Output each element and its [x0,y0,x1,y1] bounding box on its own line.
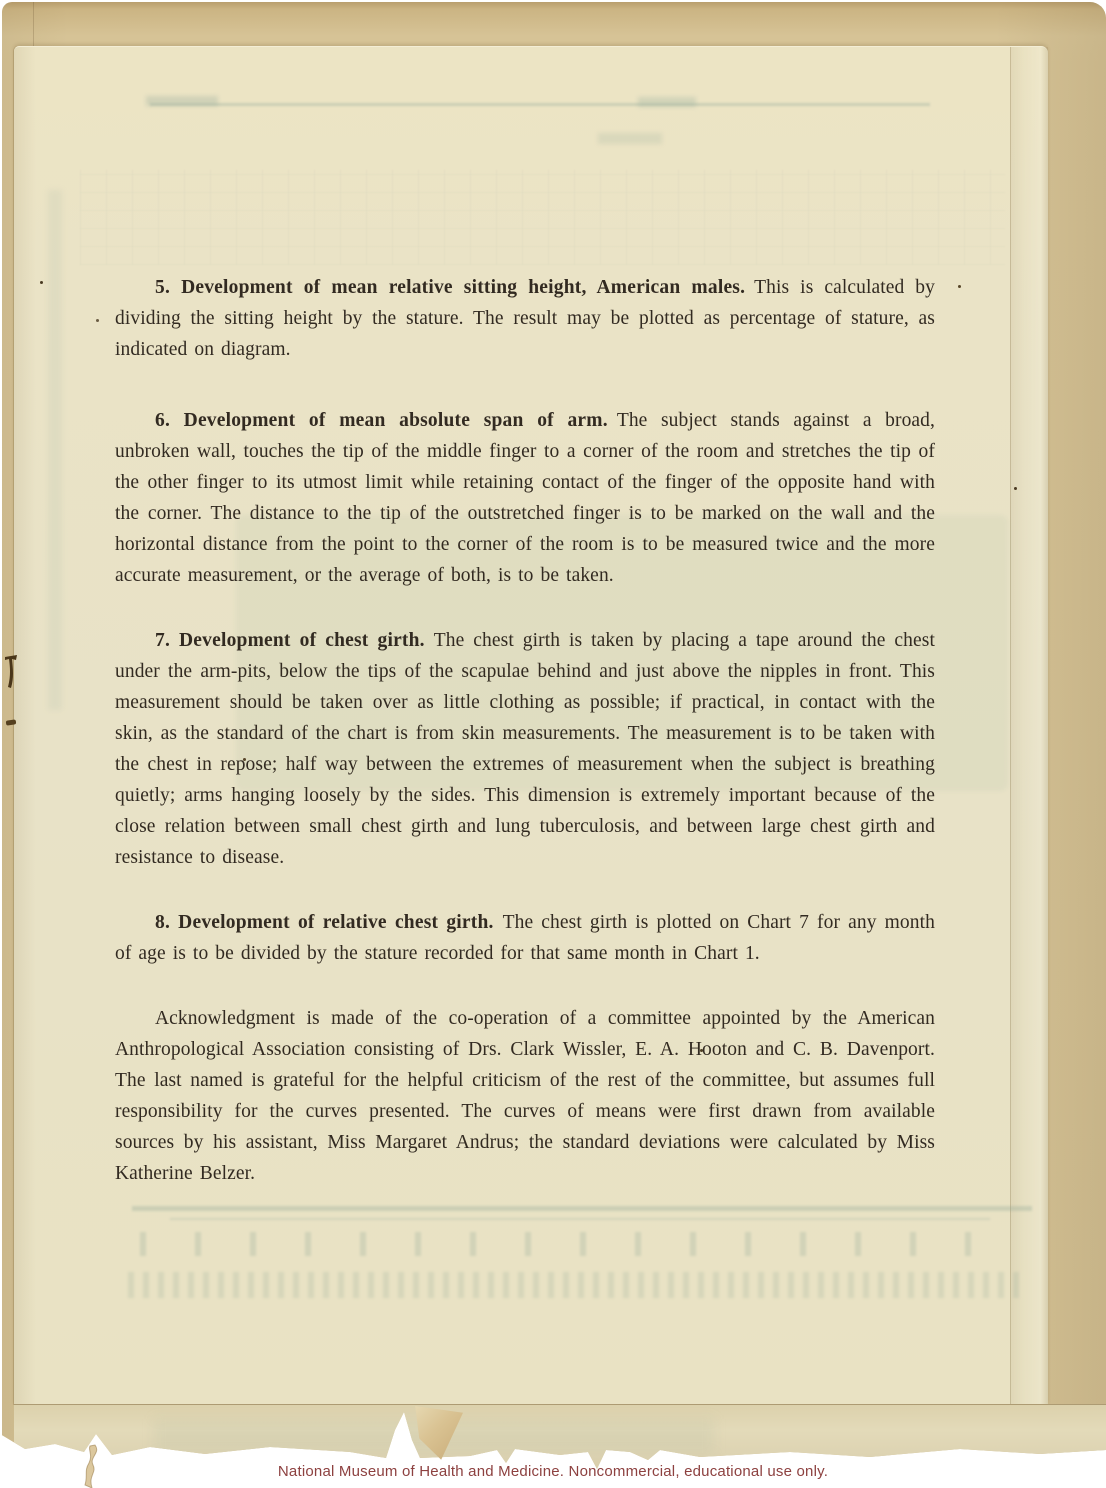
ink-mark [3,654,19,694]
page-right-curl-crease [1010,47,1048,1405]
under-page-corner-seam [33,2,34,46]
acknowledgment-paragraph: Acknowledgment is made of the co-operati… [115,1003,935,1189]
paragraph-5: 5. Development of mean relative sitting … [115,272,935,365]
footer-caption: National Museum of Health and Medicine. … [0,1463,1106,1480]
acknowledgment-text: Acknowledgment is made of the co-operati… [115,1008,935,1184]
paragraph-7-body: The chest girth is taken by placing a ta… [115,630,935,868]
paragraph-7-heading: 7. Development of chest girth. [155,630,434,651]
paper-speck [40,281,43,284]
paragraph-8: 8. Development of relative chest girth.T… [115,907,935,969]
scanned-book-page: 5. Development of mean relative sitting … [0,0,1106,1478]
paragraph-6-heading: 6. Development of mean absolute span of … [155,410,617,431]
text-block: 5. Development of mean relative sitting … [115,272,935,1223]
paragraph-5-heading: 5. Development of mean relative sitting … [155,277,754,298]
paragraph-8-heading: 8. Development of relative chest girth. [155,912,503,933]
paragraph-7: 7. Development of chest girth.The chest … [115,625,935,873]
paragraph-6-body: The subject stands against a broad, unbr… [115,410,935,586]
paragraph-6: 6. Development of mean absolute span of … [115,405,935,591]
